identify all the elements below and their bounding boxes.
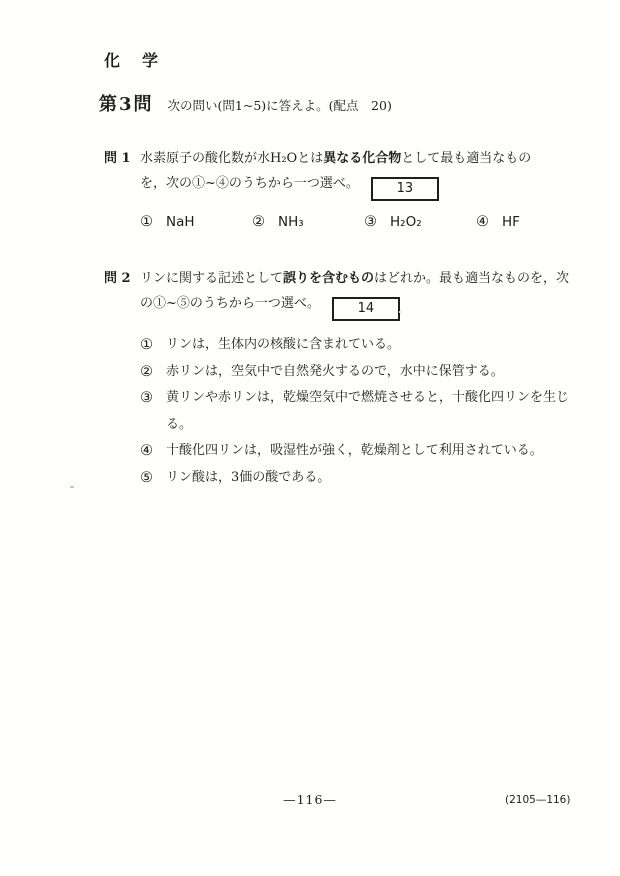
section-number: 第3問 xyxy=(99,90,154,116)
question-2: 問 2 リンに関する記述として誤りを含むものはどれか。最も適当なものを，次の①~… xyxy=(104,266,578,321)
option-text: 十酸化四リンは，吸湿性が強く，乾燥剤として利用されている。 xyxy=(166,438,543,465)
option-formula: NaH xyxy=(166,214,195,230)
question-1-label: 問 1 xyxy=(104,146,140,201)
option-item: ② NH₃ xyxy=(252,211,364,233)
option-text: リン酸は，3価の酸である。 xyxy=(166,465,330,492)
question-1: 問 1 水素原子の酸化数が水H₂Oとは異なる化合物として最も適当なものを，次の①… xyxy=(104,146,556,201)
question-2-options: ① リンは，生体内の核酸に含まれている。 ② 赤リンは，空気中で自然発火するので… xyxy=(140,332,590,491)
option-number: ④ xyxy=(476,211,489,233)
option-text: 黄リンや赤リンは，乾燥空気中で燃焼させると，十酸化四リンを生じる。 xyxy=(166,385,590,438)
question-2-row: 問 2 リンに関する記述として誤りを含むものはどれか。最も適当なものを，次の①~… xyxy=(104,266,578,321)
question-2-text-pre: リンに関する記述として xyxy=(140,271,283,286)
option-number: ④ xyxy=(140,438,153,465)
option-number: ⑤ xyxy=(140,465,153,492)
question-1-text-bold: 異なる化合物 xyxy=(323,151,401,166)
option-item: ③ H₂O₂ xyxy=(364,211,476,233)
option-number: ① xyxy=(140,211,153,233)
exam-page: 化 学 第3問 次の問い(問1~5)に答えよ。(配点 20) 問 1 水素原子の… xyxy=(0,0,620,876)
option-number: ② xyxy=(252,211,265,233)
subject-title: 化 学 xyxy=(104,48,161,71)
scan-artifact xyxy=(399,311,401,313)
option-text: 赤リンは，空気中で自然発火するので，水中に保管する。 xyxy=(166,359,504,386)
option-number: ② xyxy=(140,359,153,386)
option-number: ① xyxy=(140,332,153,359)
option-item: ① NaH xyxy=(140,211,252,233)
option-item: ② 赤リンは，空気中で自然発火するので，水中に保管する。 xyxy=(140,359,590,386)
option-number: ③ xyxy=(364,211,377,233)
option-text: リンは，生体内の核酸に含まれている。 xyxy=(166,332,400,359)
question-2-label: 問 2 xyxy=(104,266,140,321)
answer-box-14: 14 xyxy=(332,297,400,321)
question-1-options: ① NaH ② NH₃ ③ H₂O₂ ④ HF xyxy=(140,211,570,233)
answer-box-13: 13 xyxy=(371,177,439,201)
question-2-text: リンに関する記述として誤りを含むものはどれか。最も適当なものを，次の①~⑤のうち… xyxy=(140,266,578,321)
question-1-text: 水素原子の酸化数が水H₂Oとは異なる化合物として最も適当なものを，次の①~④のう… xyxy=(140,146,556,201)
section-header: 第3問 次の問い(問1~5)に答えよ。(配点 20) xyxy=(99,90,392,116)
option-item: ④ 十酸化四リンは，吸湿性が強く，乾燥剤として利用されている。 xyxy=(140,438,590,465)
option-item: ③ 黄リンや赤リンは，乾燥空気中で燃焼させると，十酸化四リンを生じる。 xyxy=(140,385,590,438)
question-1-row: 問 1 水素原子の酸化数が水H₂Oとは異なる化合物として最も適当なものを，次の①… xyxy=(104,146,556,201)
section-instruction: 次の問い(問1~5)に答えよ。(配点 20) xyxy=(168,96,392,114)
option-formula: HF xyxy=(502,214,520,230)
option-item: ⑤ リン酸は，3価の酸である。 xyxy=(140,465,590,492)
option-item: ① リンは，生体内の核酸に含まれている。 xyxy=(140,332,590,359)
question-1-text-pre: 水素原子の酸化数が水H₂Oとは xyxy=(140,151,323,166)
question-2-text-bold: 誤りを含むもの xyxy=(283,271,374,286)
footer-print-code: (2105—116) xyxy=(505,794,570,806)
option-formula: NH₃ xyxy=(278,214,304,230)
option-formula: H₂O₂ xyxy=(390,214,422,230)
option-item: ④ HF xyxy=(476,211,520,233)
option-number: ③ xyxy=(140,385,153,438)
scan-artifact xyxy=(70,486,74,488)
